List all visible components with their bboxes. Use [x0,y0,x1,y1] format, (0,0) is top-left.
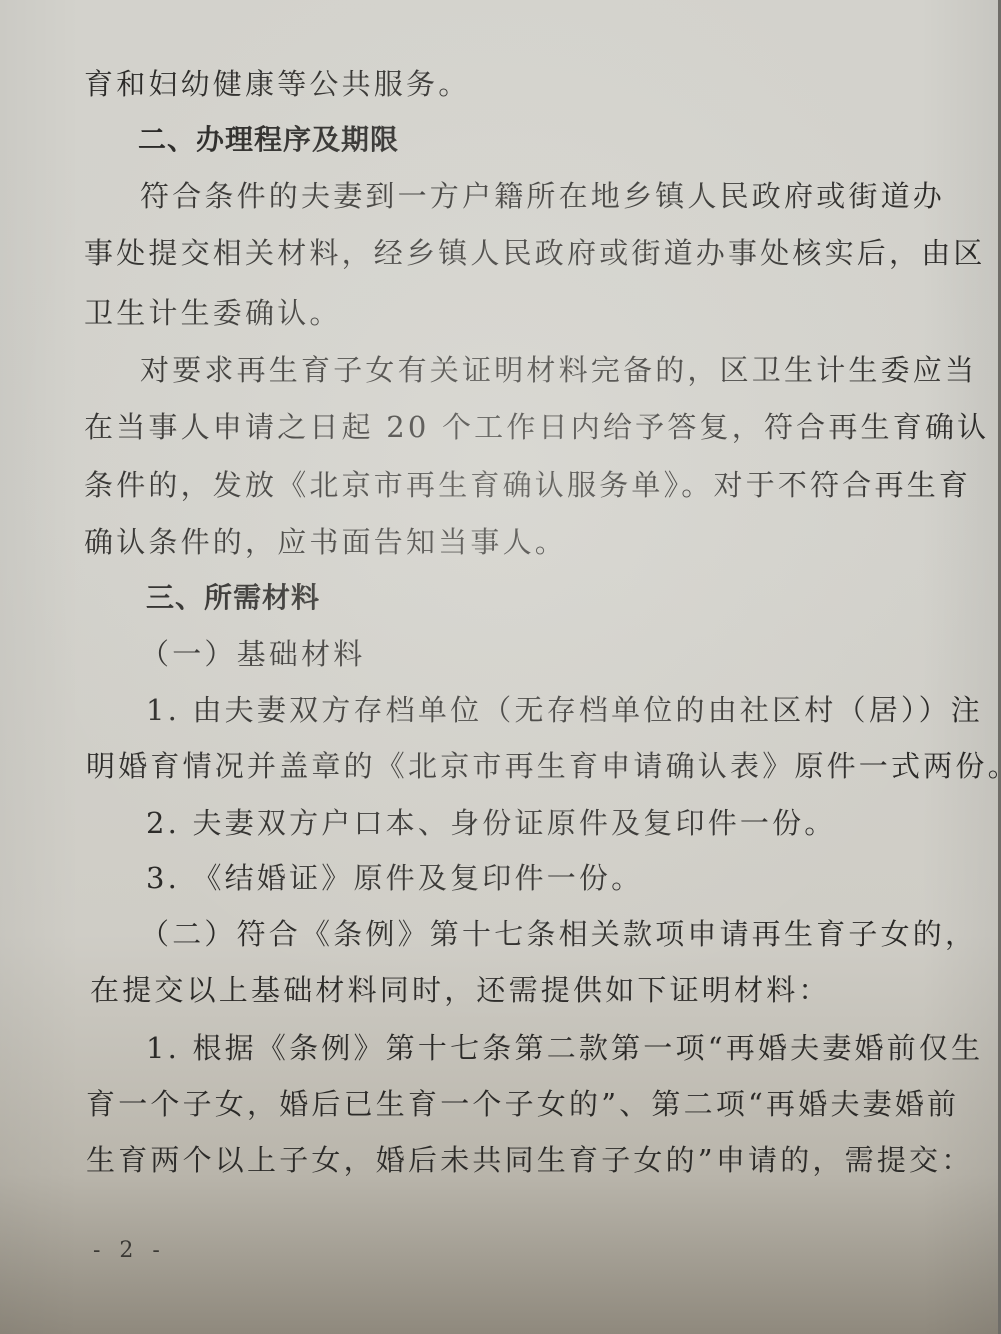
text-line: 1. 根据《条例》第十七条第二款第一项“再婚夫妻婚前仅生 [146,1028,983,1068]
text-line: 条件的，发放《北京市再生育确认服务单》。对于不符合再生育 [84,465,971,505]
text-line: 事处提交相关材料，经乡镇人民政府或街道办事处核实后，由区 [84,233,986,273]
text-line: 符合条件的夫妻到一方户籍所在地乡镇人民政府或街道办 [140,176,945,216]
text-line: 确认条件的，应书面告知当事人。 [84,522,567,562]
text-line: 1. 由夫妻双方存档单位（无存档单位的由社区村（居））注 [146,690,983,730]
document-page: 育和妇幼健康等公共服务。 二、办理程序及期限 符合条件的夫妻到一方户籍所在地乡镇… [0,0,1001,1334]
section-heading-materials: 三、所需材料 [146,578,320,618]
page-number: - 2 - [93,1238,166,1263]
text-line: 生育两个以上子女，婚后未共同生育子女的”申请的，需提交： [86,1140,973,1180]
text-line: 卫生计生委确认。 [84,293,342,333]
text-line: 对要求再生育子女有关证明材料完备的，区卫生计生委应当 [140,350,977,390]
text-line: 在当事人申请之日起 20 个工作日内给予答复，符合再生育确认 [84,407,989,447]
text-line: 2. 夫妻双方户口本、身份证原件及复印件一份。 [146,803,837,843]
text-line: 在提交以上基础材料同时，还需提供如下证明材料： [90,970,831,1010]
subheading-basic-materials: （一）基础材料 [140,634,365,674]
section-heading-procedure: 二、办理程序及期限 [138,120,399,160]
text-line: 3. 《结婚证》原件及复印件一份。 [146,858,643,898]
text-line: 明婚育情况并盖章的《北京市再生育申请确认表》原件一式两份。 [86,746,1001,786]
text-line: （二）符合《条例》第十七条相关款项申请再生育子女的， [140,914,977,954]
text-line: 育一个子女，婚后已生育一个子女的”、第二项“再婚夫妻婚前 [86,1084,959,1124]
text-line: 育和妇幼健康等公共服务。 [84,64,470,104]
